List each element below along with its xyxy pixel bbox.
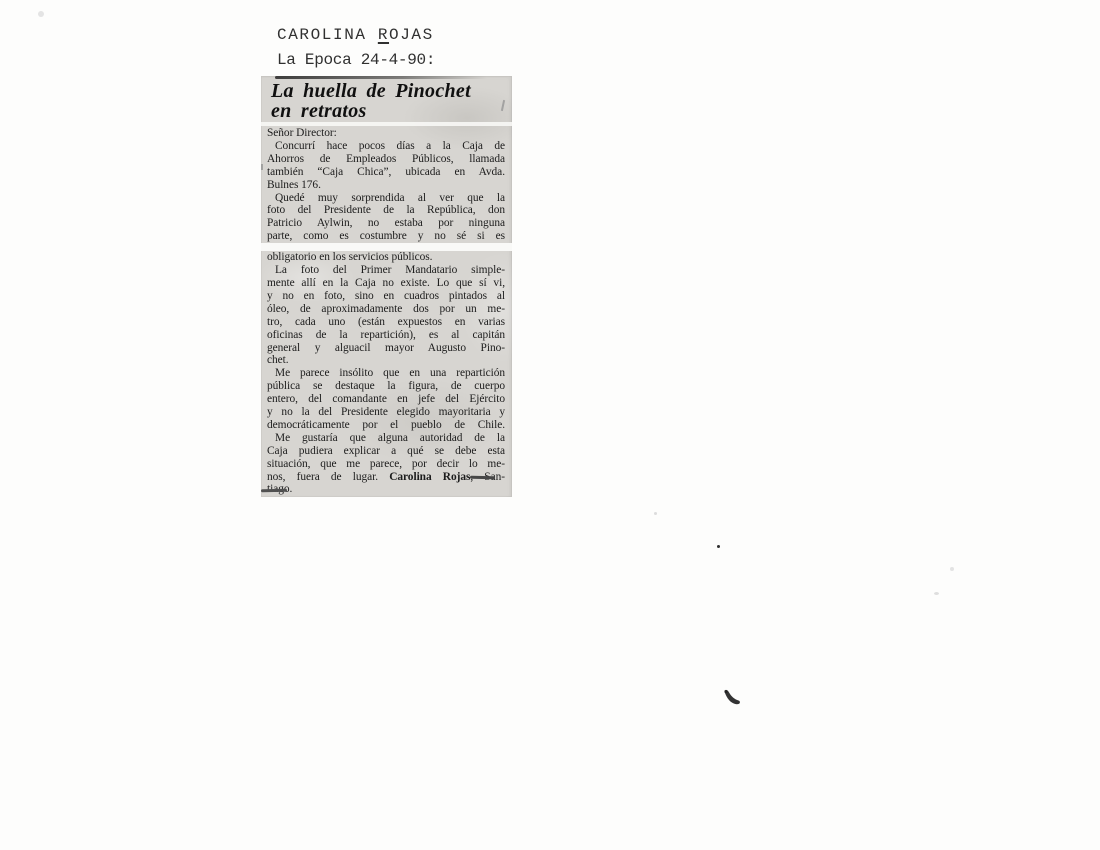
article-text-line: tro, cada uno (están expuestos en varias: [267, 316, 505, 329]
ink-speck: [717, 545, 720, 548]
article-text-line: obligatorio en los servicios públicos.: [267, 251, 505, 264]
article-text-line: Quedé muy sorprendida al ver que la: [267, 192, 505, 205]
article-byline: Carolina Rojas: [389, 471, 470, 483]
article-text: Quedé muy sorprendida al ver que la: [275, 192, 505, 204]
article-text-line: Me parece insólito que en una repartició…: [267, 367, 505, 380]
article-text-line: Me gustaría que alguna autoridad de la: [267, 432, 505, 445]
article-text-line: parte, como es costumbre y no sé si es: [267, 230, 505, 243]
article-text-line: democráticamente por el pueblo de Chile.: [267, 419, 505, 432]
article-text: Me parece insólito que en una repartició…: [275, 367, 505, 379]
article-text: también “Caja Chica”, ubicada en Avda.: [267, 166, 505, 178]
pen-underline-mark: [470, 476, 495, 480]
article-text: Señor Director:: [267, 127, 337, 139]
article-text: La foto del Primer Mandatario simple-: [275, 264, 505, 276]
article-text: pública se destaque la figura, de cuerpo: [267, 380, 505, 392]
article-text-line: entero, del comandante en jefe del Ejérc…: [267, 393, 505, 406]
article-body: Señor Director:Concurrí hace pocos días …: [267, 127, 505, 496]
article-text-line: óleo, de aproximadamente dos por un me-: [267, 303, 505, 316]
headline-line: La huella de Pinochet: [271, 81, 505, 101]
article-text-line: Ahorros de Empleados Públicos, llamada: [267, 153, 505, 166]
clipper-name: CAROLINA ROJAS: [277, 26, 435, 44]
article-text-line: Concurrí hace pocos días a la Caja de: [267, 140, 505, 153]
article-text-line: Bulnes 176.: [267, 179, 505, 192]
article-text: Concurrí hace pocos días a la Caja de: [275, 140, 505, 152]
scan-speck: [934, 592, 939, 595]
article-text: entero, del comandante en jefe del Ejérc…: [267, 393, 505, 405]
cut-edge-shadow: [275, 76, 487, 79]
article-text: democráticamente por el pueblo de Chile.: [267, 419, 505, 431]
underlined-letter: R: [378, 26, 389, 44]
scan-speck: [654, 512, 657, 515]
article-text: Caja pudiera explicar a qué se debe esta: [267, 445, 505, 457]
article-text-line: situación, que me parece, por decir lo m…: [267, 458, 505, 471]
clipping-cut-gap: [261, 243, 512, 251]
typed-annotation: CAROLINA ROJAS La Epoca 24-4-90:: [277, 26, 435, 69]
scan-speck: [38, 11, 44, 17]
article-text-line: Caja pudiera explicar a qué se debe esta: [267, 445, 505, 458]
article-text: oficinas de la repartición), es al capit…: [267, 329, 505, 341]
article-text: Bulnes 176.: [267, 179, 321, 191]
article-text: nos, fuera de lugar.: [267, 471, 389, 483]
article-text: Me gustaría que alguna autoridad de la: [275, 432, 505, 444]
article-text: Ahorros de Empleados Públicos, llamada: [267, 153, 505, 165]
article-text-line: chet.: [267, 354, 505, 367]
article-text-line: general y alguacil mayor Augusto Pino-: [267, 342, 505, 355]
article-text: obligatorio en los servicios públicos.: [267, 251, 432, 263]
article-text: y no la del Presidente elegido mayoritar…: [267, 406, 505, 418]
article-text: situación, que me parece, por decir lo m…: [267, 458, 505, 470]
scan-speck: [950, 567, 954, 571]
article-text: tro, cada uno (están expuestos en varias: [267, 316, 505, 328]
article-text-line: también “Caja Chica”, ubicada en Avda.: [267, 166, 505, 179]
headline-line: en retratos: [271, 101, 505, 121]
edge-tick: [261, 164, 263, 170]
article-headline: La huella de Pinochet en retratos: [267, 81, 505, 121]
headline-cut-gap: [261, 122, 512, 126]
newspaper-clipping: La huella de Pinochet en retratos Señor …: [261, 76, 512, 497]
clipper-name-text: CAROLINA: [277, 26, 378, 44]
article-text: parte, como es costumbre y no sé si es: [267, 230, 505, 242]
pen-underline-mark: [261, 489, 287, 492]
article-text-line: oficinas de la repartición), es al capit…: [267, 329, 505, 342]
article-text-line: y no la del Presidente elegido mayoritar…: [267, 406, 505, 419]
article-text: mente allí en la Caja no existe. Lo que …: [267, 277, 505, 289]
article-text-line: foto del Presidente de la República, don: [267, 204, 505, 217]
article-text: óleo, de aproximadamente dos por un me-: [267, 303, 505, 315]
article-text-line: Patricio Aylwin, no estaba por ninguna: [267, 217, 505, 230]
source-and-date: La Epoca 24-4-90:: [277, 51, 435, 69]
scanned-page: CAROLINA ROJAS La Epoca 24-4-90: La huel…: [0, 0, 1100, 850]
article-text: foto del Presidente de la República, don: [267, 204, 505, 216]
article-text: y no en foto, sino en cuadros pintados a…: [267, 290, 505, 302]
article-text-line: Señor Director:: [267, 127, 505, 140]
article-text-line: pública se destaque la figura, de cuerpo: [267, 380, 505, 393]
clipper-name-rest: OJAS: [389, 26, 434, 44]
article-text-line: La foto del Primer Mandatario simple-: [267, 264, 505, 277]
article-text-line: y no en foto, sino en cuadros pintados a…: [267, 290, 505, 303]
article-text-line: tiago.: [267, 483, 505, 496]
article-text: general y alguacil mayor Augusto Pino-: [267, 342, 505, 354]
article-text: chet.: [267, 354, 289, 366]
article-text-line: mente allí en la Caja no existe. Lo que …: [267, 277, 505, 290]
article-text: Patricio Aylwin, no estaba por ninguna: [267, 217, 505, 229]
ink-smudge: [722, 688, 744, 708]
